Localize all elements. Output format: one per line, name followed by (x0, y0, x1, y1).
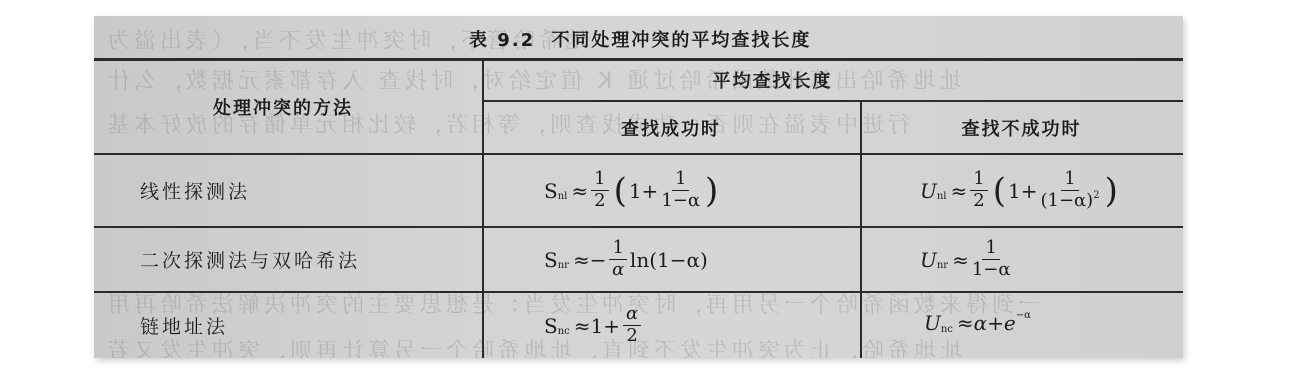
header-asl-group: 平均查找长度 (482, 60, 1183, 100)
table-number: 表 9.2 (469, 30, 535, 51)
header-method: 处理冲突的方法 (94, 60, 482, 153)
fail-formula-linear: Unl ≈ 12 ( 1+ 1(1−α)2 ) (920, 155, 1120, 226)
success-formula-quadratic: Snr ≈ − 1α ln(1−α) (544, 228, 708, 291)
method-linear-probing: 线性探测法 (140, 155, 250, 226)
bleed-through-text: 址地希哈，止为突冲生发不到直，址地希哈个一另算计再则，突冲生发又若 (104, 334, 962, 358)
fail-formula-chaining: Unc ≈ α+e−α (924, 293, 1031, 353)
method-quadratic-double-hash: 二次探测法与双哈希法 (140, 228, 360, 291)
table-caption: 表 9.2 不同处理冲突的平均查找长度 (469, 26, 811, 52)
fail-formula-quadratic: Unr ≈ 11−α (920, 228, 1014, 291)
header-success: 查找成功时 (482, 102, 860, 153)
success-formula-chaining: Snc ≈ 1+ α2 (544, 293, 644, 358)
method-chaining: 链地址法 (140, 293, 228, 358)
book-page-photo: 地希哈管不，时突冲生发不当，（表出溢为 址地希哈出算计数函希哈过通 K 值定给对… (94, 16, 1183, 358)
success-formula-linear: Snl ≈ 12 ( 1+ 11−α ) (544, 155, 720, 226)
table-title: 不同处理冲突的平均查找长度 (551, 30, 811, 51)
header-fail: 查找不成功时 (860, 102, 1183, 153)
